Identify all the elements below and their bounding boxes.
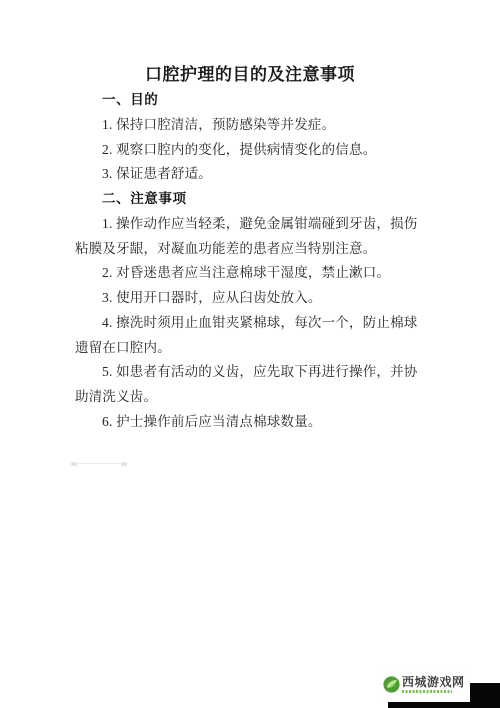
watermark-site-name: 西城游戏网 [402, 676, 465, 688]
artifact-bar [76, 463, 122, 464]
section-heading-purpose: 一、目的 [75, 88, 427, 113]
list-item: 1. 操作动作应当轻柔，避免金属钳端碰到牙齿，损伤 [75, 212, 427, 237]
list-item: 5. 如患者有活动的义齿，应先取下再进行操作，并协 [75, 360, 427, 385]
watermark-subtext [402, 690, 452, 693]
document-page: 口腔护理的目的及注意事项 一、目的 1. 保持口腔清洁，预防感染等并发症。 2.… [0, 0, 500, 708]
leaf-icon [383, 676, 400, 693]
document-body: 一、目的 1. 保持口腔清洁，预防感染等并发症。 2. 观察口腔内的变化，提供病… [75, 88, 427, 435]
list-item: 2. 对昏迷患者应当注意棉球干湿度，禁止漱口。 [75, 261, 427, 286]
artifact-end-mark [121, 462, 127, 466]
list-item: 6. 护士操作前后应当清点棉球数量。 [75, 410, 427, 435]
list-item-continuation: 助清洗义齿。 [75, 385, 427, 410]
faint-scan-artifact-line [71, 461, 127, 466]
watermark-text-column: 西城游戏网 [402, 676, 465, 693]
section-heading-precautions: 二、注意事项 [75, 187, 427, 212]
list-item-continuation: 遗留在口腔内。 [75, 336, 427, 361]
list-item-continuation: 粘膜及牙龈，对凝血功能差的患者应当特别注意。 [75, 237, 427, 262]
watermark-badge: 西城游戏网 [381, 667, 470, 702]
list-item: 1. 保持口腔清洁，预防感染等并发症。 [75, 113, 427, 138]
list-item: 2. 观察口腔内的变化，提供病情变化的信息。 [75, 138, 427, 163]
list-item: 3. 使用开口器时，应从臼齿处放入。 [75, 286, 427, 311]
page-title: 口腔护理的目的及注意事项 [0, 60, 500, 85]
list-item: 4. 擦洗时须用止血钳夹紧棉球，每次一个，防止棉球 [75, 311, 427, 336]
list-item: 3. 保证患者舒适。 [75, 162, 427, 187]
